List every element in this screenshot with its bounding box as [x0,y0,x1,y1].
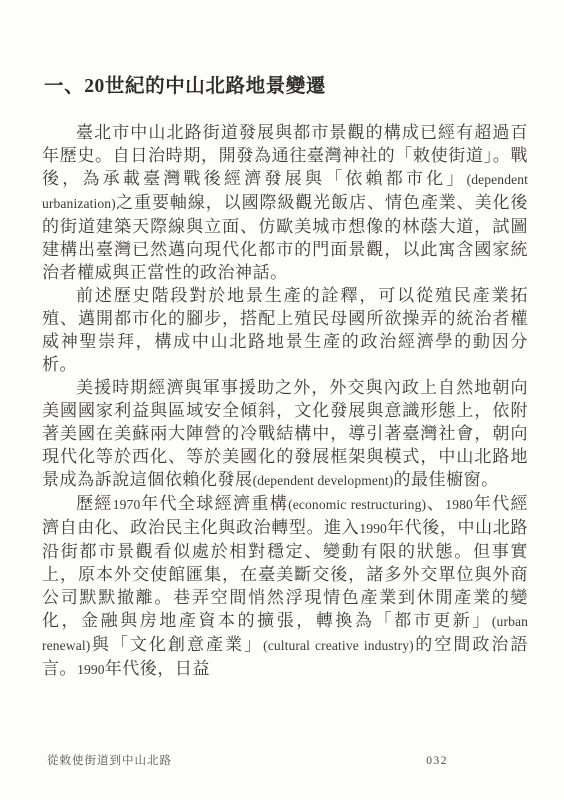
page-number: 032 [426,755,448,767]
paragraph: 歷經1970年代全球經濟重構(economic restructuring)、1… [42,492,528,681]
paragraph: 美援時期經濟與軍事援助之外，外交與內政上自然地朝向美國國家利益與區域安全傾斜，文… [42,376,528,492]
page-footer: 從敕使街道到中山北路 032 [47,752,448,768]
body-text: 臺北市中山北路街道發展與都市景觀的構成已經有超過百年歷史。自日治時期，開發為通往… [42,121,528,681]
paragraph: 臺北市中山北路街道發展與都市景觀的構成已經有超過百年歷史。自日治時期，開發為通往… [42,121,528,284]
section-heading: 一、20世紀的中山北路地景變遷 [44,70,326,98]
running-title: 從敕使街道到中山北路 [47,752,172,768]
paragraph: 前述歷史階段對於地景生產的詮釋，可以從殖民產業拓殖、邁開都市化的腳步，搭配上殖民… [42,284,528,376]
book-page: 一、20世紀的中山北路地景變遷 臺北市中山北路街道發展與都市景觀的構成已經有超過… [0,0,564,800]
